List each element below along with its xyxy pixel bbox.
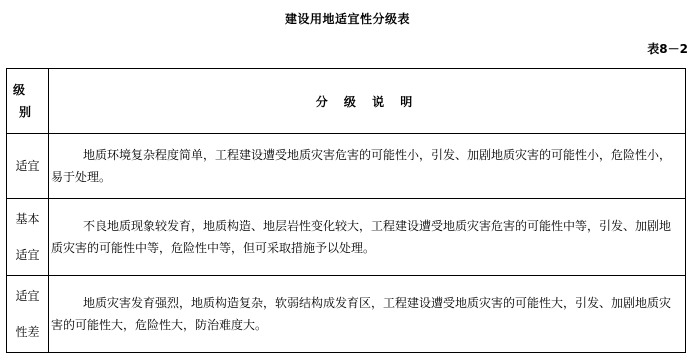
description-cell: 地质环境复杂程度简单，工程建设遭受地质灾害危害的可能性小，引发、加剧地质灾害的可… (49, 134, 686, 199)
level-label-line2: 性差 (7, 314, 48, 350)
level-cell: 适宜 (7, 134, 49, 199)
level-label-line2: 适宜 (7, 237, 48, 273)
table-row: 基本 适宜 不良地质现象较发育，地质构造、地层岩性变化较大，工程建设遭受地质灾害… (7, 199, 686, 276)
header-level-line1: 级 (13, 79, 48, 101)
level-label: 适宜 (7, 148, 48, 184)
table-header-row: 级 别 分 级 说 明 (7, 69, 686, 134)
description-text: 地质灾害发育强烈，地质构造复杂，软弱结构成发育区，工程建设遭受地质灾害的可能性大… (51, 296, 671, 332)
description-text: 不良地质现象较发育，地质构造、地层岩性变化较大，工程建设遭受地质灾害危害的可能性… (51, 219, 671, 255)
header-level-line2: 别 (13, 101, 48, 123)
header-level: 级 别 (7, 69, 49, 134)
table-number: 表8－2 (647, 40, 688, 57)
description-cell: 地质灾害发育强烈，地质构造复杂，软弱结构成发育区，工程建设遭受地质灾害的可能性大… (49, 276, 686, 353)
description-text: 地质环境复杂程度简单，工程建设遭受地质灾害危害的可能性小，引发、加剧地质灾害的可… (51, 148, 671, 184)
document-title: 建设用地适宜性分级表 (0, 10, 695, 27)
suitability-grading-table: 级 别 分 级 说 明 适宜 地质环境复杂程度简单，工程建设遭受地质灾害危害的可… (6, 68, 686, 353)
description-cell: 不良地质现象较发育，地质构造、地层岩性变化较大，工程建设遭受地质灾害危害的可能性… (49, 199, 686, 276)
level-cell: 适宜 性差 (7, 276, 49, 353)
level-label-line1: 基本 (7, 201, 48, 237)
level-label-line1: 适宜 (7, 278, 48, 314)
header-description: 分 级 说 明 (49, 69, 686, 134)
table-row: 适宜 性差 地质灾害发育强烈，地质构造复杂，软弱结构成发育区，工程建设遭受地质灾… (7, 276, 686, 353)
table-row: 适宜 地质环境复杂程度简单，工程建设遭受地质灾害危害的可能性小，引发、加剧地质灾… (7, 134, 686, 199)
level-cell: 基本 适宜 (7, 199, 49, 276)
